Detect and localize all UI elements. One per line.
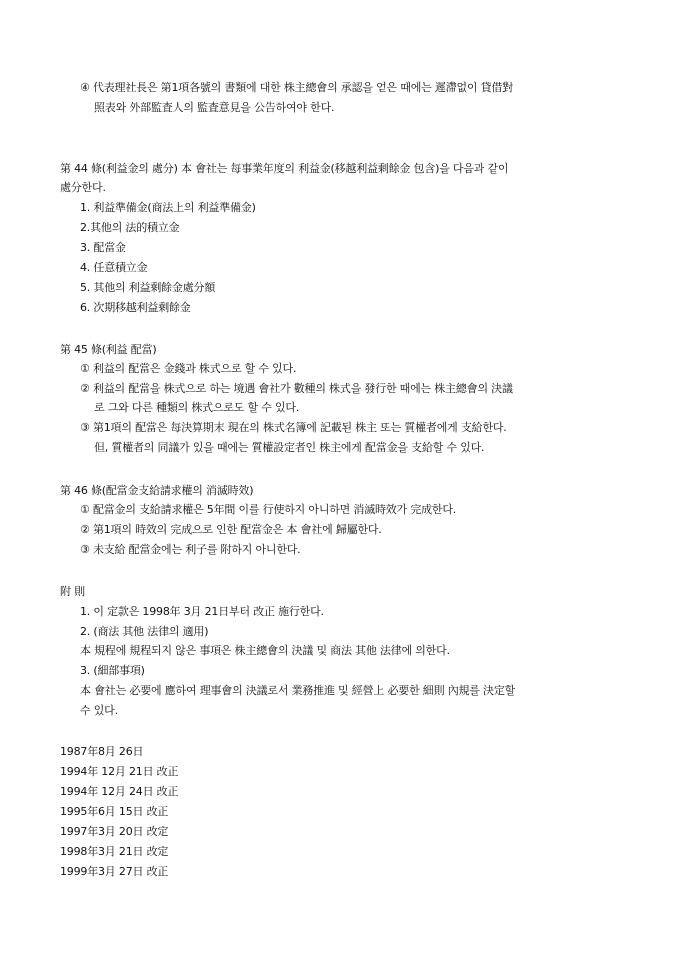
article-45-heading: 第 45 條(利益 配當) xyxy=(60,343,156,357)
document-page: ④ 代表理社長은 第1項各號의 書類에 대한 株主總會의 承認을 얻은 때에는 … xyxy=(0,0,680,962)
history-entry: 1994年 12月 24日 改正 xyxy=(60,785,178,799)
supplementary-item-2-title: 2. (商法 其他 法律의 適用) xyxy=(80,625,208,639)
article-46-item: ② 第1項의 時效의 完成으로 인한 配當金은 本 會社에 歸屬한다. xyxy=(80,523,382,537)
clause-4-line-1: ④ 代表理社長은 第1項各號의 書類에 대한 株主總會의 承認을 얻은 때에는 … xyxy=(80,81,513,95)
history-entry: 1999年3月 27日 改正 xyxy=(60,865,168,879)
article-46-item: ③ 未支給 配當金에는 利子를 附하지 아니한다. xyxy=(80,543,300,557)
history-entry: 1998年3月 21日 改定 xyxy=(60,845,168,859)
article-45-item-3: ③ 第1項의 配當은 每決算期末 現在의 株式名簿에 記載된 株主 또는 質權者… xyxy=(80,421,507,435)
supplementary-item-3-body: 本 會社는 必要에 應하여 理事會의 決議로서 業務推進 및 經營上 必要한 細… xyxy=(80,684,515,698)
history-entry: 1997年3月 20日 改定 xyxy=(60,825,168,839)
article-44-item: 2.其他의 法的積立金 xyxy=(80,221,179,235)
article-45-item-3-cont: 但, 質權者의 同議가 있을 때에는 質權設定者인 株主에게 配當金을 支給할 … xyxy=(94,441,484,455)
history-entry: 1994年 12月 21日 改正 xyxy=(60,765,178,779)
article-44-heading-cont: 處分한다. xyxy=(60,181,106,195)
article-45-item-1: ① 利益의 配當은 金錢과 株式으로 할 수 있다. xyxy=(80,362,296,376)
history-entry: 1995年6月 15日 改正 xyxy=(60,805,168,819)
article-44-item: 6. 次期移越利益剩餘金 xyxy=(80,301,191,315)
supplementary-item-2-body: 本 規程에 規程되지 않은 事項은 株主總會의 決議 및 商法 其他 法律에 의… xyxy=(80,644,450,658)
supplementary-item-3-body-cont: 수 있다. xyxy=(80,704,118,718)
article-44-heading: 第 44 條(利益金의 處分) 本 會社는 每事業年度의 利益金(移越利益剩餘金… xyxy=(60,162,508,176)
article-45-item-2-cont: 로 그와 다른 種類의 株式으로도 할 수 있다. xyxy=(94,401,299,415)
article-46-heading: 第 46 條(配當金支給請求權의 消滅時效) xyxy=(60,484,253,498)
supplementary-item-3-title: 3. (細部事項) xyxy=(80,664,145,678)
article-44-item: 4. 任意積立金 xyxy=(80,261,147,275)
article-44-item: 1. 利益準備金(商法上의 利益準備金) xyxy=(80,201,256,215)
article-44-item: 5. 其他의 利益剩餘金處分額 xyxy=(80,281,215,295)
article-45-item-2: ② 利益의 配當을 株式으로 하는 境遇 會社가 數種의 株式을 發行한 때에는… xyxy=(80,382,513,396)
article-44-item: 3. 配當金 xyxy=(80,241,126,255)
history-entry: 1987年8月 26日 xyxy=(60,745,143,759)
article-46-item: ① 配當金의 支給請求權은 5年間 이를 行使하지 아니하면 消滅時效가 完成한… xyxy=(80,503,456,517)
clause-4-line-2: 照表와 外部監査人의 監査意見을 公告하여야 한다. xyxy=(94,101,334,115)
supplementary-item-1: 1. 이 定款은 1998年 3月 21日부터 改正 施行한다. xyxy=(80,605,324,619)
supplementary-heading: 附 則 xyxy=(60,585,85,599)
